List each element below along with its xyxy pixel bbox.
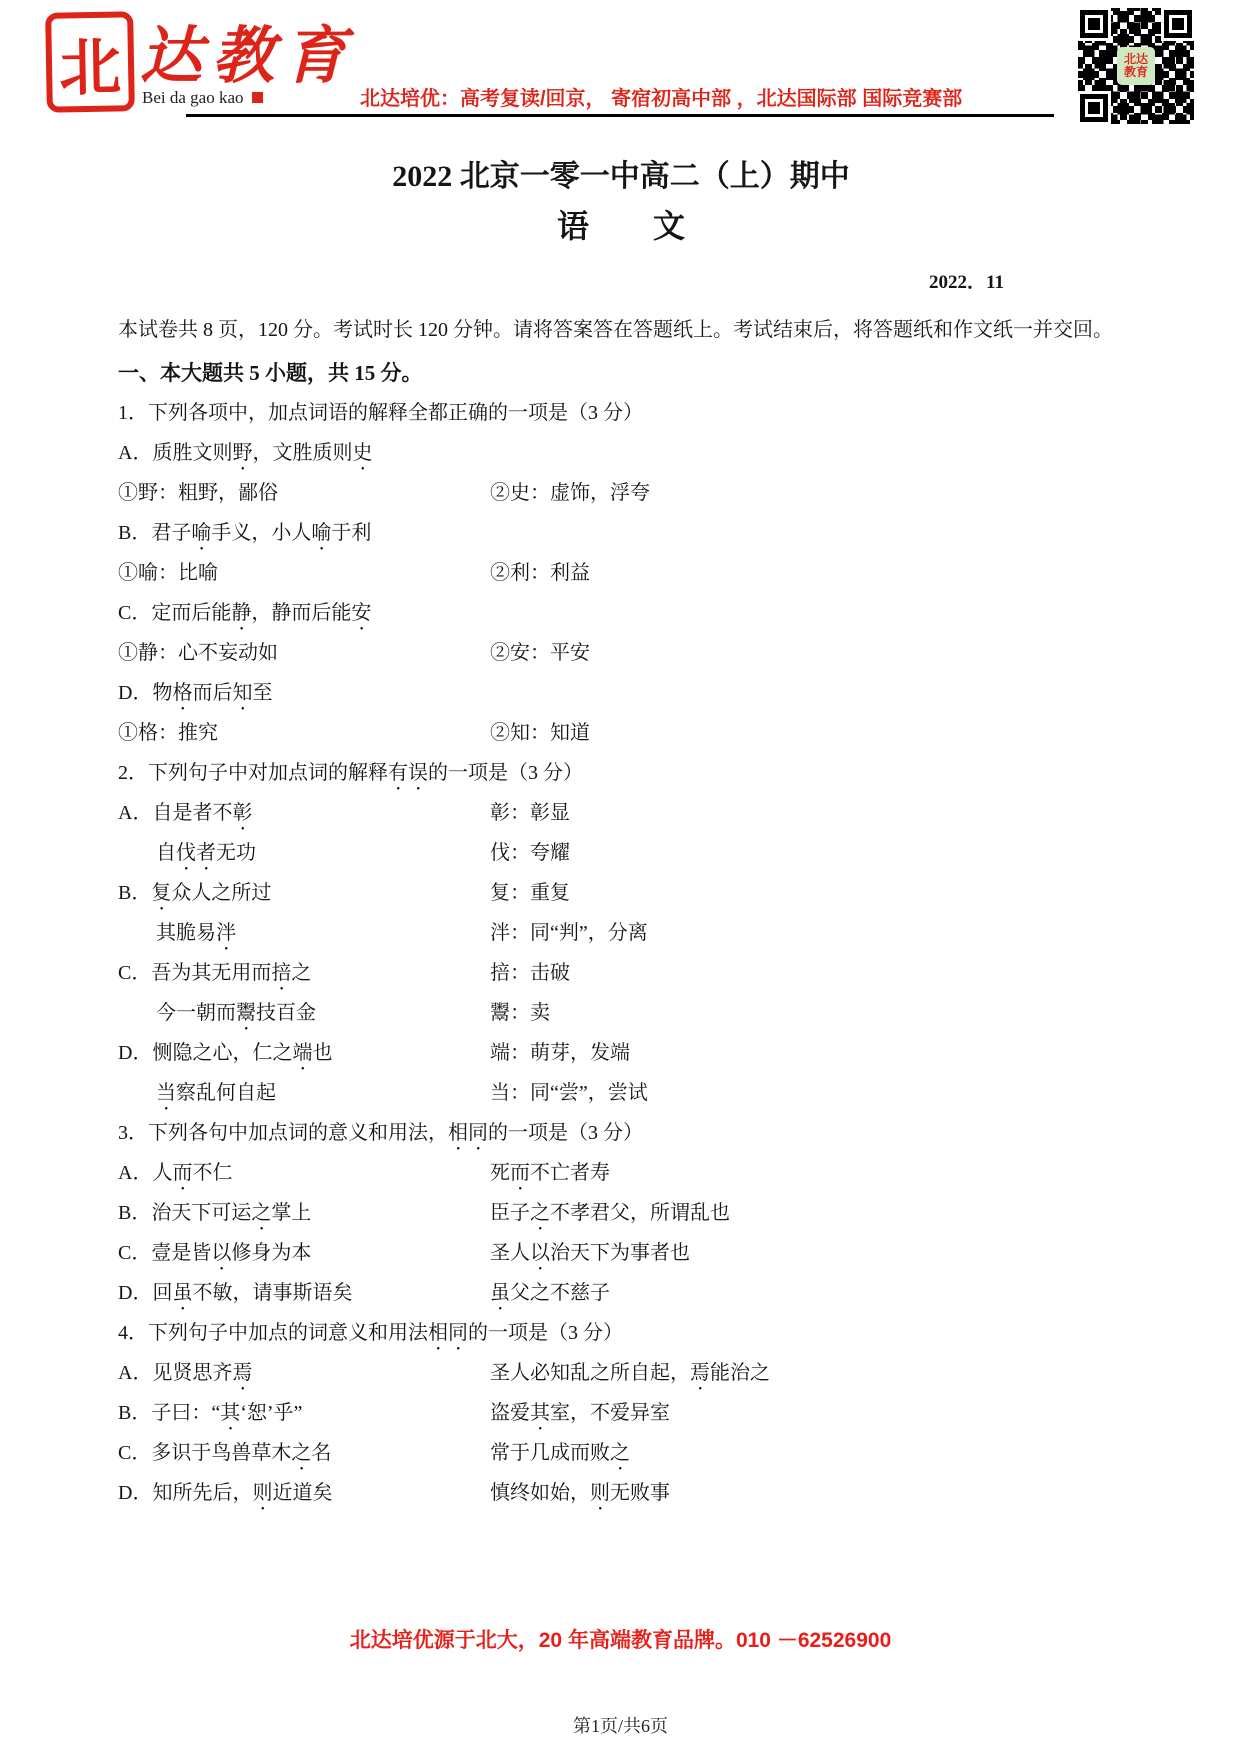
option-row: D．恻隐之心，仁之端也端：萌芽，发端 [118,1033,1124,1073]
option-left: C．多识于鸟兽草木之名 [118,1442,331,1464]
option-left: A．见贤思齐焉 [118,1362,252,1384]
option-row: A．质胜文则野，文胜质则史 [118,433,1124,473]
option-row: C．多识于鸟兽草木之名常于几成而败之 [118,1433,1124,1473]
option-left: ①野：粗野，鄙俗 [118,482,278,504]
option-row: A．自是者不彰彰：彰显 [118,793,1124,833]
qr-finder-icon [1164,10,1192,38]
option-right: 圣人以治天下为事者也 [490,1233,690,1275]
option-left: B．治天下可运之掌上 [118,1202,311,1224]
exam-page: 北 达教育 Bei da gao kao 北达培优：高考复读/回京， 寄宿初高中… [0,0,1241,1754]
option-row: C．壹是皆以修身为本圣人以治天下为事者也 [118,1233,1124,1273]
question-block: 2．下列句子中对加点词的解释有误的一项是（3 分） A．自是者不彰彰：彰显 自伐… [118,753,1124,1113]
option-row: 其脆易泮泮：同“判”，分离 [118,913,1124,953]
page-number: 第1页/共6页 [0,1712,1241,1738]
option-left: ①静：心不妄动如 [118,642,278,664]
brand-square-icon [252,92,263,103]
option-right: 死而不亡者寿 [490,1153,610,1195]
option-left: B．子曰：“其‘恕’乎” [118,1402,302,1424]
option-row: A．人而不仁死而不亡者寿 [118,1153,1124,1193]
option-right: 鬻：卖 [490,993,550,1033]
header: 北 达教育 Bei da gao kao 北达培优：高考复读/回京， 寄宿初高中… [0,0,1241,132]
option-right: 当：同“尝”，尝试 [490,1073,648,1113]
option-left: C．壹是皆以修身为本 [118,1242,311,1264]
option-right: 端：萌芽，发端 [490,1033,630,1073]
option-right: 泮：同“判”，分离 [490,913,648,953]
option-right: ②利：利益 [490,553,590,593]
option-row: C．吾为其无用而掊之掊：击破 [118,953,1124,993]
qr-code: 北达 教育 [1078,8,1194,124]
document-body: 2022 北京一零一中高二（上）期中 语 文 2022．11 本试卷共 8 页，… [118,132,1124,1513]
option-left: 当察乱何自起 [118,1082,276,1104]
option-right: 复：重复 [490,873,570,913]
option-row: ①静：心不妄动如②安：平安 [118,633,1124,673]
exam-subject: 语 文 [118,204,1124,248]
option-right: 虽父之不慈子 [490,1273,610,1315]
exam-instructions: 本试卷共 8 页，120 分。考试时长 120 分钟。请将答案答在答题纸上。考试… [118,308,1124,353]
option-row: ①野：粗野，鄙俗②史：虚饰，浮夸 [118,473,1124,513]
option-right: 盗爱其室，不爱异室 [490,1393,670,1435]
option-row: B．复众人之所过复：重复 [118,873,1124,913]
option-row: 自伐者无功伐：夸耀 [118,833,1124,873]
option-right: ②安：平安 [490,633,590,673]
exam-date: 2022．11 [118,270,1124,296]
option-left: D．物格而后知至 [118,682,272,704]
option-right: ②知：知道 [490,713,590,753]
option-row: B．子曰：“其‘恕’乎”盗爱其室，不爱异室 [118,1393,1124,1433]
question-stem: 1．下列各项中，加点词语的解释全都正确的一项是（3 分） [118,393,1124,433]
question-stem: 2．下列句子中对加点词的解释有误的一项是（3 分） [118,753,1124,793]
option-right: 伐：夸耀 [490,833,570,873]
option-left: 今一朝而鬻技百金 [118,1002,316,1024]
option-left: 其脆易泮 [118,922,236,944]
option-left: D．知所先后，则近道矣 [118,1482,332,1504]
qr-finder-icon [1080,10,1108,38]
option-right: 慎终如始，则无败事 [490,1473,670,1515]
option-row: ①喻：比喻②利：利益 [118,553,1124,593]
option-row: B．君子喻手义，小人喻于利 [118,513,1124,553]
option-row: 当察乱何自起当：同“尝”，尝试 [118,1073,1124,1113]
option-right: 彰：彰显 [490,793,570,833]
option-left: C．吾为其无用而掊之 [118,962,311,984]
logo-seal-char: 北 [58,17,122,107]
section-heading: 一、本大题共 5 小题，共 15 分。 [118,353,1124,393]
question-block: 3．下列各句中加点词的意义和用法，相同的一项是（3 分） A．人而不仁死而不亡者… [118,1113,1124,1313]
option-left: ①格：推究 [118,722,218,744]
logo-seal-icon: 北 [45,11,135,113]
option-left: D．恻隐之心，仁之端也 [118,1042,332,1064]
option-left: A．人而不仁 [118,1162,232,1184]
option-right: 臣子之不孝君父，所谓乱也 [490,1193,730,1235]
header-slogan: 北达培优：高考复读/回京， 寄宿初高中部 ，北达国际部 国际竞赛部 [360,82,1060,111]
question-stem: 3．下列各句中加点词的意义和用法，相同的一项是（3 分） [118,1113,1124,1153]
option-right: 常于几成而败之 [490,1433,630,1475]
question-block: 1．下列各项中，加点词语的解释全都正确的一项是（3 分） A．质胜文则野，文胜质… [118,393,1124,753]
option-row: 今一朝而鬻技百金鬻：卖 [118,993,1124,1033]
option-left: 自伐者无功 [118,842,256,864]
option-row: D．回虽不敏，请事斯语矣虽父之不慈子 [118,1273,1124,1313]
question-block: 4．下列句子中加点的词意义和用法相同的一项是（3 分） A．见贤思齐焉圣人必知乱… [118,1313,1124,1513]
option-left: B．复众人之所过 [118,882,271,904]
option-row: A．见贤思齐焉圣人必知乱之所自起，焉能治之 [118,1353,1124,1393]
option-left: ①喻：比喻 [118,562,218,584]
brand-text: 达教育 [140,6,356,95]
option-left: B．君子喻手义，小人喻于利 [118,522,371,544]
option-left: A．自是者不彰 [118,802,252,824]
option-row: B．治天下可运之掌上臣子之不孝君父，所谓乱也 [118,1193,1124,1233]
exam-title: 2022 北京一零一中高二（上）期中 [118,158,1124,196]
option-left: D．回虽不敏，请事斯语矣 [118,1282,352,1304]
option-left: C．定而后能静，静而后能安 [118,602,371,624]
header-divider [186,114,1054,117]
option-right: 掊：击破 [490,953,570,993]
qr-center-label: 北达 教育 [1117,47,1155,85]
option-row: C．定而后能静，静而后能安 [118,593,1124,633]
brand-subtext: Bei da gao kao [142,88,263,108]
option-row: ①格：推究②知：知道 [118,713,1124,753]
qr-finder-icon [1080,94,1108,122]
option-row: D．知所先后，则近道矣慎终如始，则无败事 [118,1473,1124,1513]
promo-banner: 北达培优源于北大，20 年高端教育品牌。010 －62526900 [0,1624,1241,1654]
option-left: A．质胜文则野，文胜质则史 [118,442,372,464]
question-stem: 4．下列句子中加点的词意义和用法相同的一项是（3 分） [118,1313,1124,1353]
option-right: 圣人必知乱之所自起，焉能治之 [490,1353,770,1395]
option-right: ②史：虚饰，浮夸 [490,473,650,513]
option-row: D．物格而后知至 [118,673,1124,713]
